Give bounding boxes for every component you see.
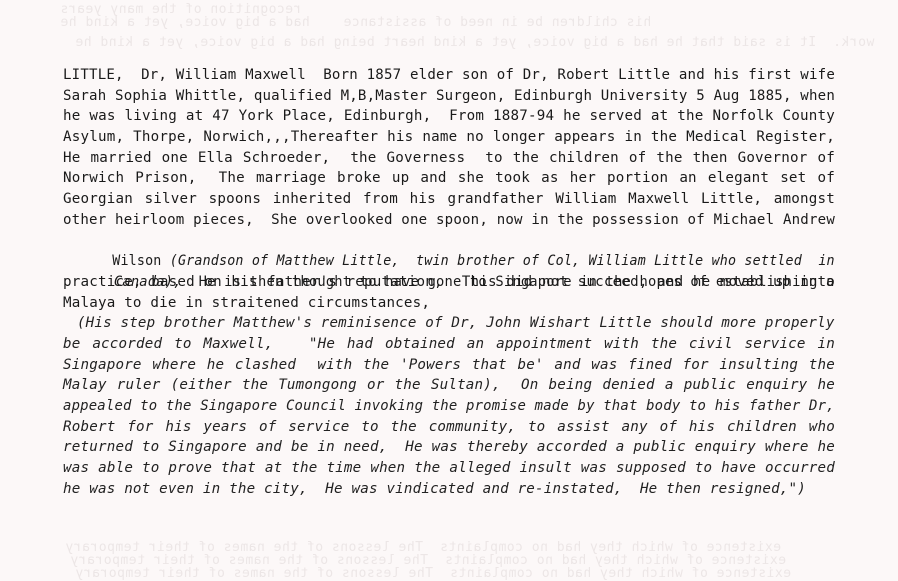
biography-paragraph: LITTLE, Dr, William Maxwell Born 1857 el… bbox=[63, 65, 835, 313]
text-line: Wilson (Grandson of Matthew Little, twin… bbox=[63, 231, 788, 252]
bleed-through-text: work. It is said that he had a big voice… bbox=[75, 35, 874, 50]
bleed-through-text: his children be in need of assistance ha… bbox=[60, 15, 651, 30]
text-line: Malay ruler (either the Tumongong or the… bbox=[63, 375, 835, 396]
text-line: He married one Ella Schroeder, the Gover… bbox=[63, 148, 835, 169]
text-line: he was living at 47 York Place, Edinburg… bbox=[63, 106, 835, 127]
text-italic-aside: Canada), bbox=[114, 274, 182, 290]
text-line: Georgian silver spoons inherited from hi… bbox=[63, 189, 835, 210]
text-normal: He is then thought to have gone to Singa… bbox=[182, 274, 835, 290]
text-line: Sarah Sophia Whittle, qualified M,B,Mast… bbox=[63, 86, 829, 107]
document-body: LITTLE, Dr, William Maxwell Born 1857 el… bbox=[63, 65, 835, 499]
text-line: Norwich Prison, The marriage broke up an… bbox=[63, 168, 835, 189]
text-line: returned to Singapore and be in need, He… bbox=[63, 437, 835, 458]
text-line: was able to prove that at the time when … bbox=[63, 458, 835, 479]
text-line: he was not even in the city, He was vind… bbox=[63, 479, 835, 500]
reminiscence-paragraph: (His step brother Matthew's reminisence … bbox=[63, 313, 835, 499]
text-line: LITTLE, Dr, William Maxwell Born 1857 el… bbox=[63, 65, 829, 86]
bleed-through-text: existence of which they had no complaint… bbox=[75, 566, 791, 581]
text-line: Singapore where he clashed with the 'Pow… bbox=[63, 355, 835, 376]
text-line: appealed to the Singapore Council invoki… bbox=[63, 396, 820, 417]
text-line: be accorded to Maxwell, "He had obtained… bbox=[63, 334, 835, 355]
text-line: Canada), He is then thought to have gone… bbox=[63, 251, 812, 272]
text-line: Robert for his years of service to the c… bbox=[63, 417, 835, 438]
text-line: (His step brother Matthew's reminisence … bbox=[63, 313, 832, 334]
text-line: Asylum, Thorpe, Norwich,,,Thereafter his… bbox=[63, 127, 835, 148]
text-line: other heirloom pieces, She overlooked on… bbox=[63, 210, 829, 231]
